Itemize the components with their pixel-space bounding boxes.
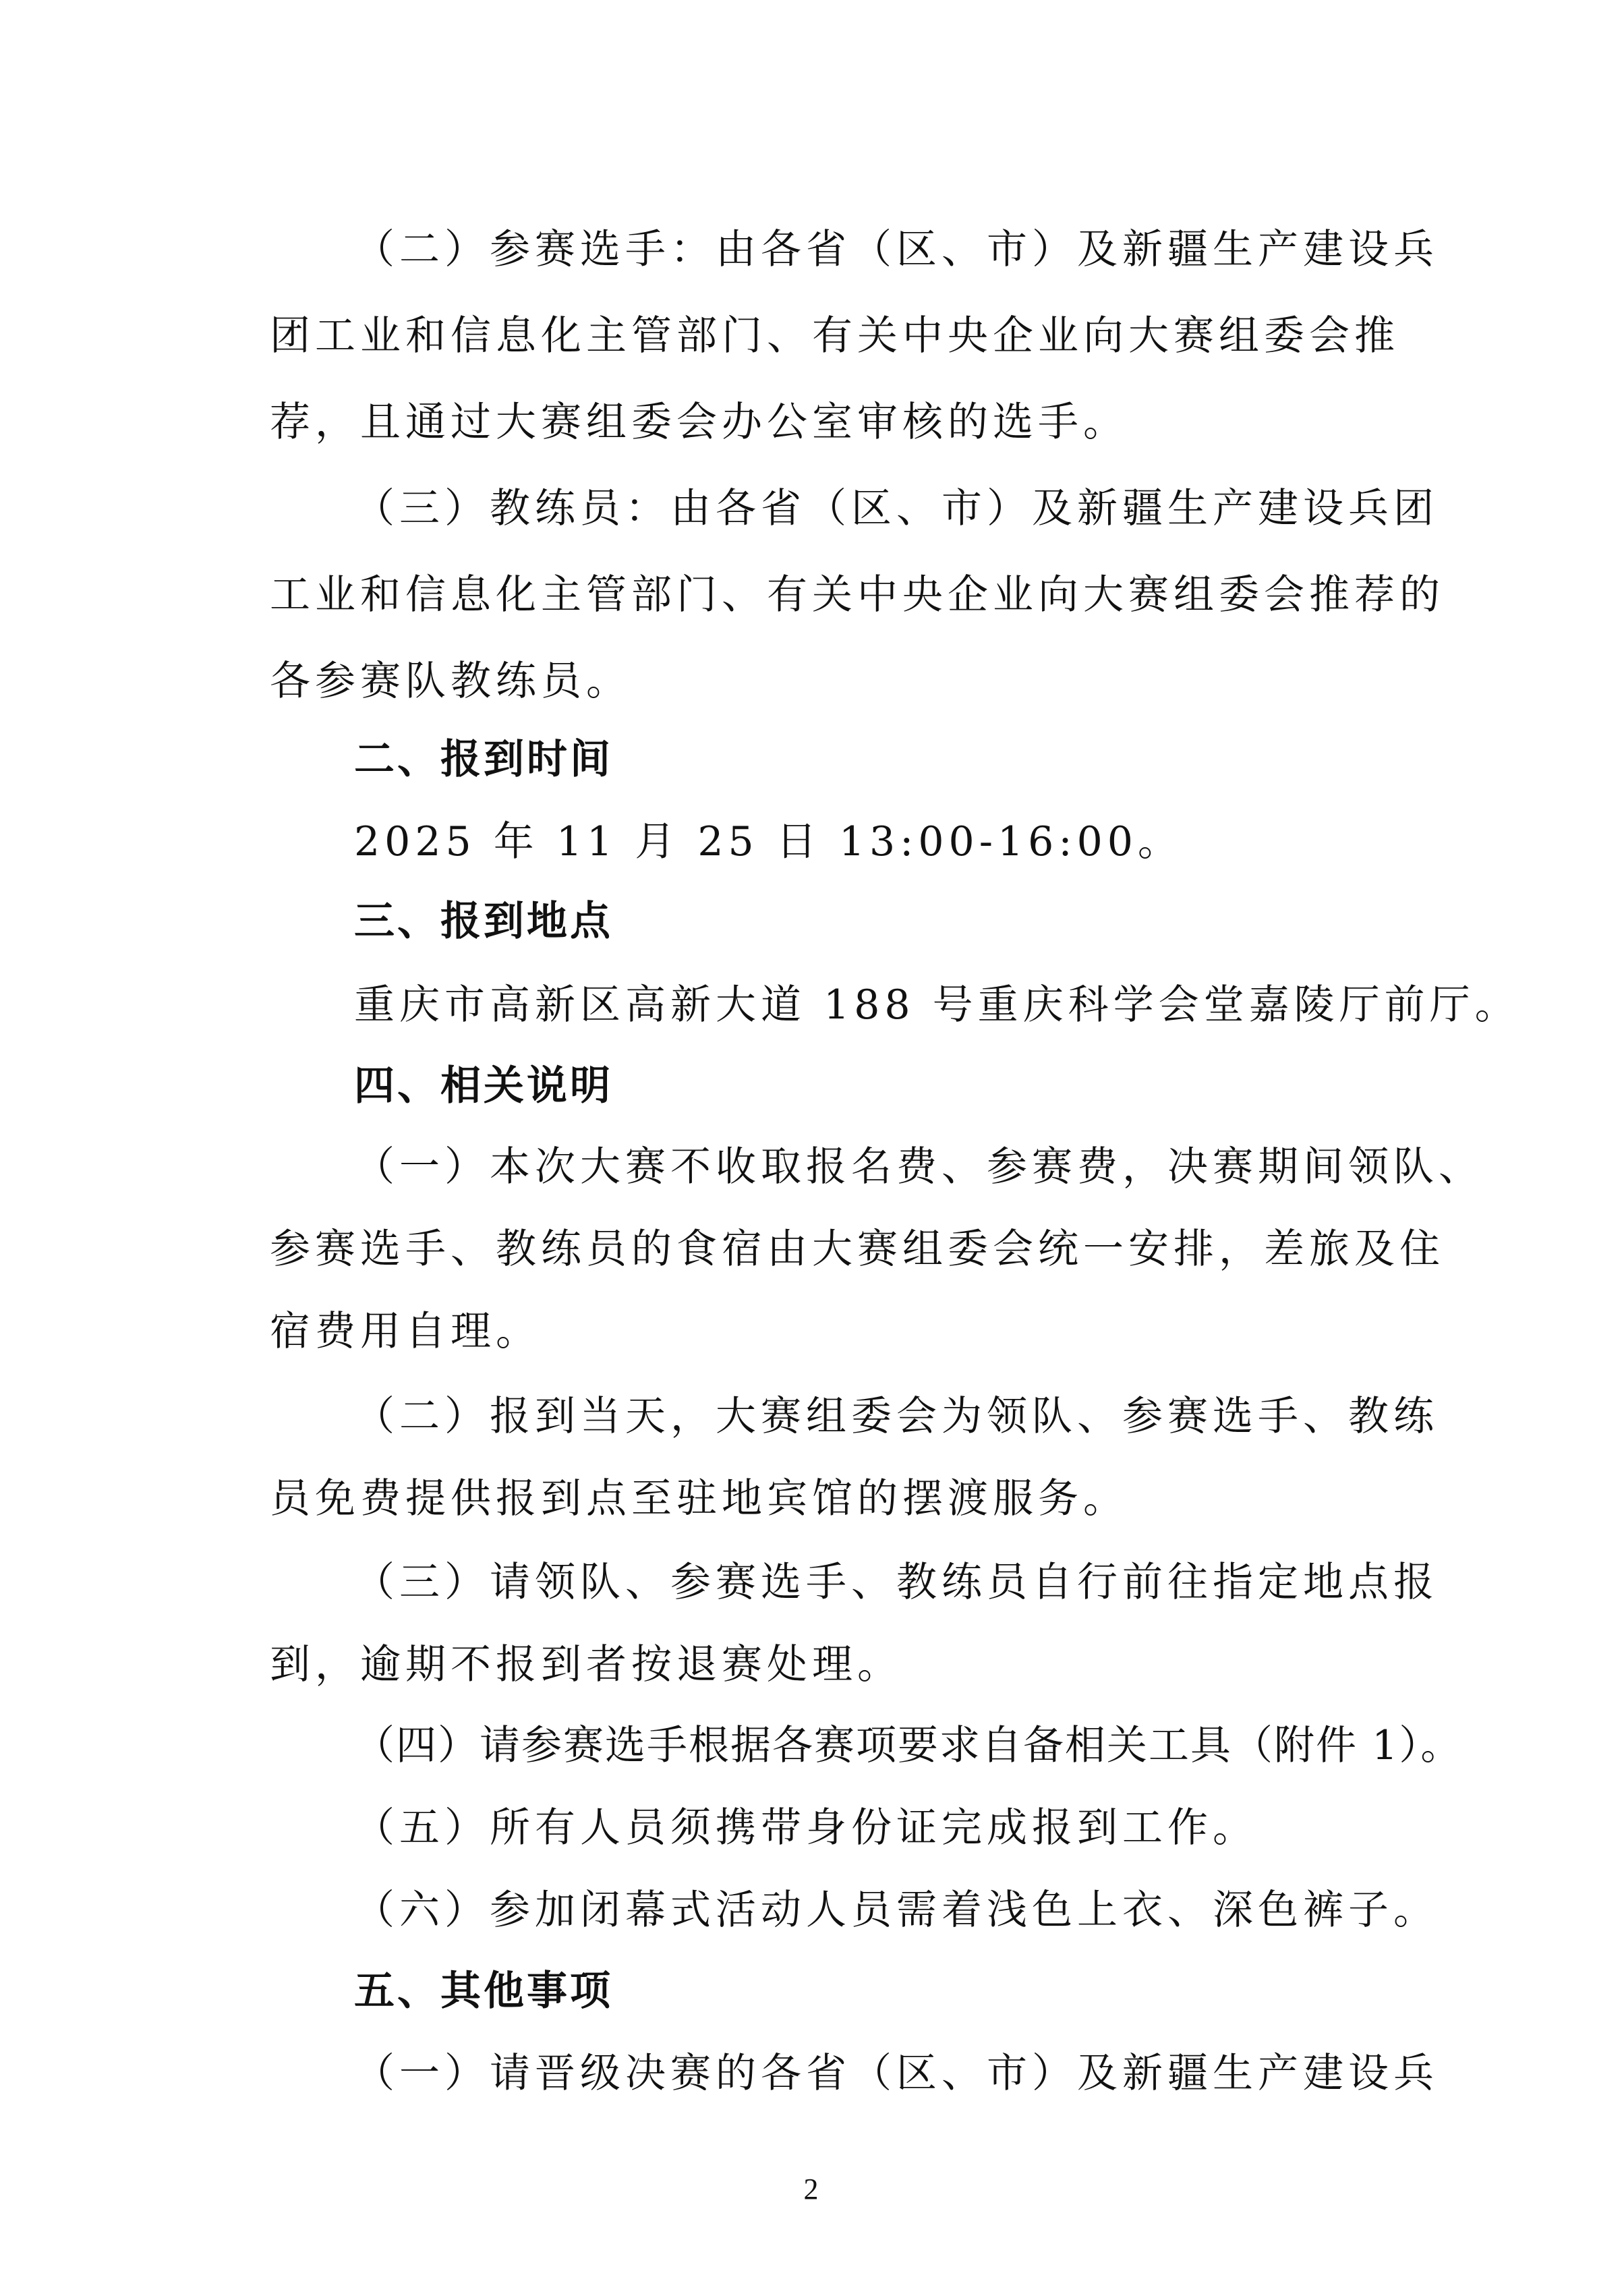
paragraph-line: （五）所有人员须携带身份证完成报到工作。 — [354, 1801, 1376, 1855]
paragraph-line: 荐，且通过大赛组委会办公室审核的选手。 — [270, 395, 1376, 449]
paragraph-line: 到，逾期不报到者按退赛处理。 — [270, 1638, 1376, 1692]
paragraph-line: （三）教练员：由各省（区、市）及新疆生产建设兵团 — [354, 482, 1376, 536]
paragraph-line: （六）参加闭幕式活动人员需着浅色上衣、深色裤子。 — [354, 1883, 1376, 1937]
section-heading: 二、报到时间 — [354, 733, 1376, 786]
paragraph-line: （四）请参赛选手根据各赛项要求自备相关工具（附件 1）。 — [354, 1719, 1376, 1773]
section-heading: 五、其他事项 — [354, 1964, 1376, 2018]
paragraph-line: 员免费提供报到点至驻地宾馆的摆渡服务。 — [270, 1472, 1376, 1526]
paragraph-line: 重庆市高新区高新大道 188 号重庆科学会堂嘉陵厅前厅。 — [354, 978, 1376, 1032]
paragraph-line: 参赛选手、教练员的食宿由大赛组委会统一安排，差旅及住 — [270, 1222, 1376, 1276]
paragraph-line: （三）请领队、参赛选手、教练员自行前往指定地点报 — [354, 1555, 1376, 1609]
paragraph-line: 工业和信息化主管部门、有关中央企业向大赛组委会推荐的 — [270, 568, 1376, 622]
paragraph-line: （二）参赛选手：由各省（区、市）及新疆生产建设兵 — [354, 223, 1376, 277]
paragraph-line: 各参赛队教练员。 — [270, 654, 1376, 708]
document-page: （二）参赛选手：由各省（区、市）及新疆生产建设兵 团工业和信息化主管部门、有关中… — [0, 0, 1622, 2296]
section-heading: 三、报到地点 — [354, 894, 1376, 948]
paragraph-line: （一）请晋级决赛的各省（区、市）及新疆生产建设兵 — [354, 2046, 1376, 2100]
paragraph-line: （二）报到当天，大赛组委会为领队、参赛选手、教练 — [354, 1389, 1376, 1443]
page-number: 2 — [0, 2171, 1622, 2208]
paragraph-line: （一）本次大赛不收取报名费、参赛费，决赛期间领队、 — [354, 1140, 1376, 1194]
paragraph-line: 2025 年 11 月 25 日 13:00-16:00。 — [354, 815, 1376, 869]
paragraph-line: 宿费用自理。 — [270, 1304, 1376, 1358]
paragraph-line: 团工业和信息化主管部门、有关中央企业向大赛组委会推 — [270, 309, 1376, 363]
section-heading: 四、相关说明 — [354, 1059, 1376, 1113]
